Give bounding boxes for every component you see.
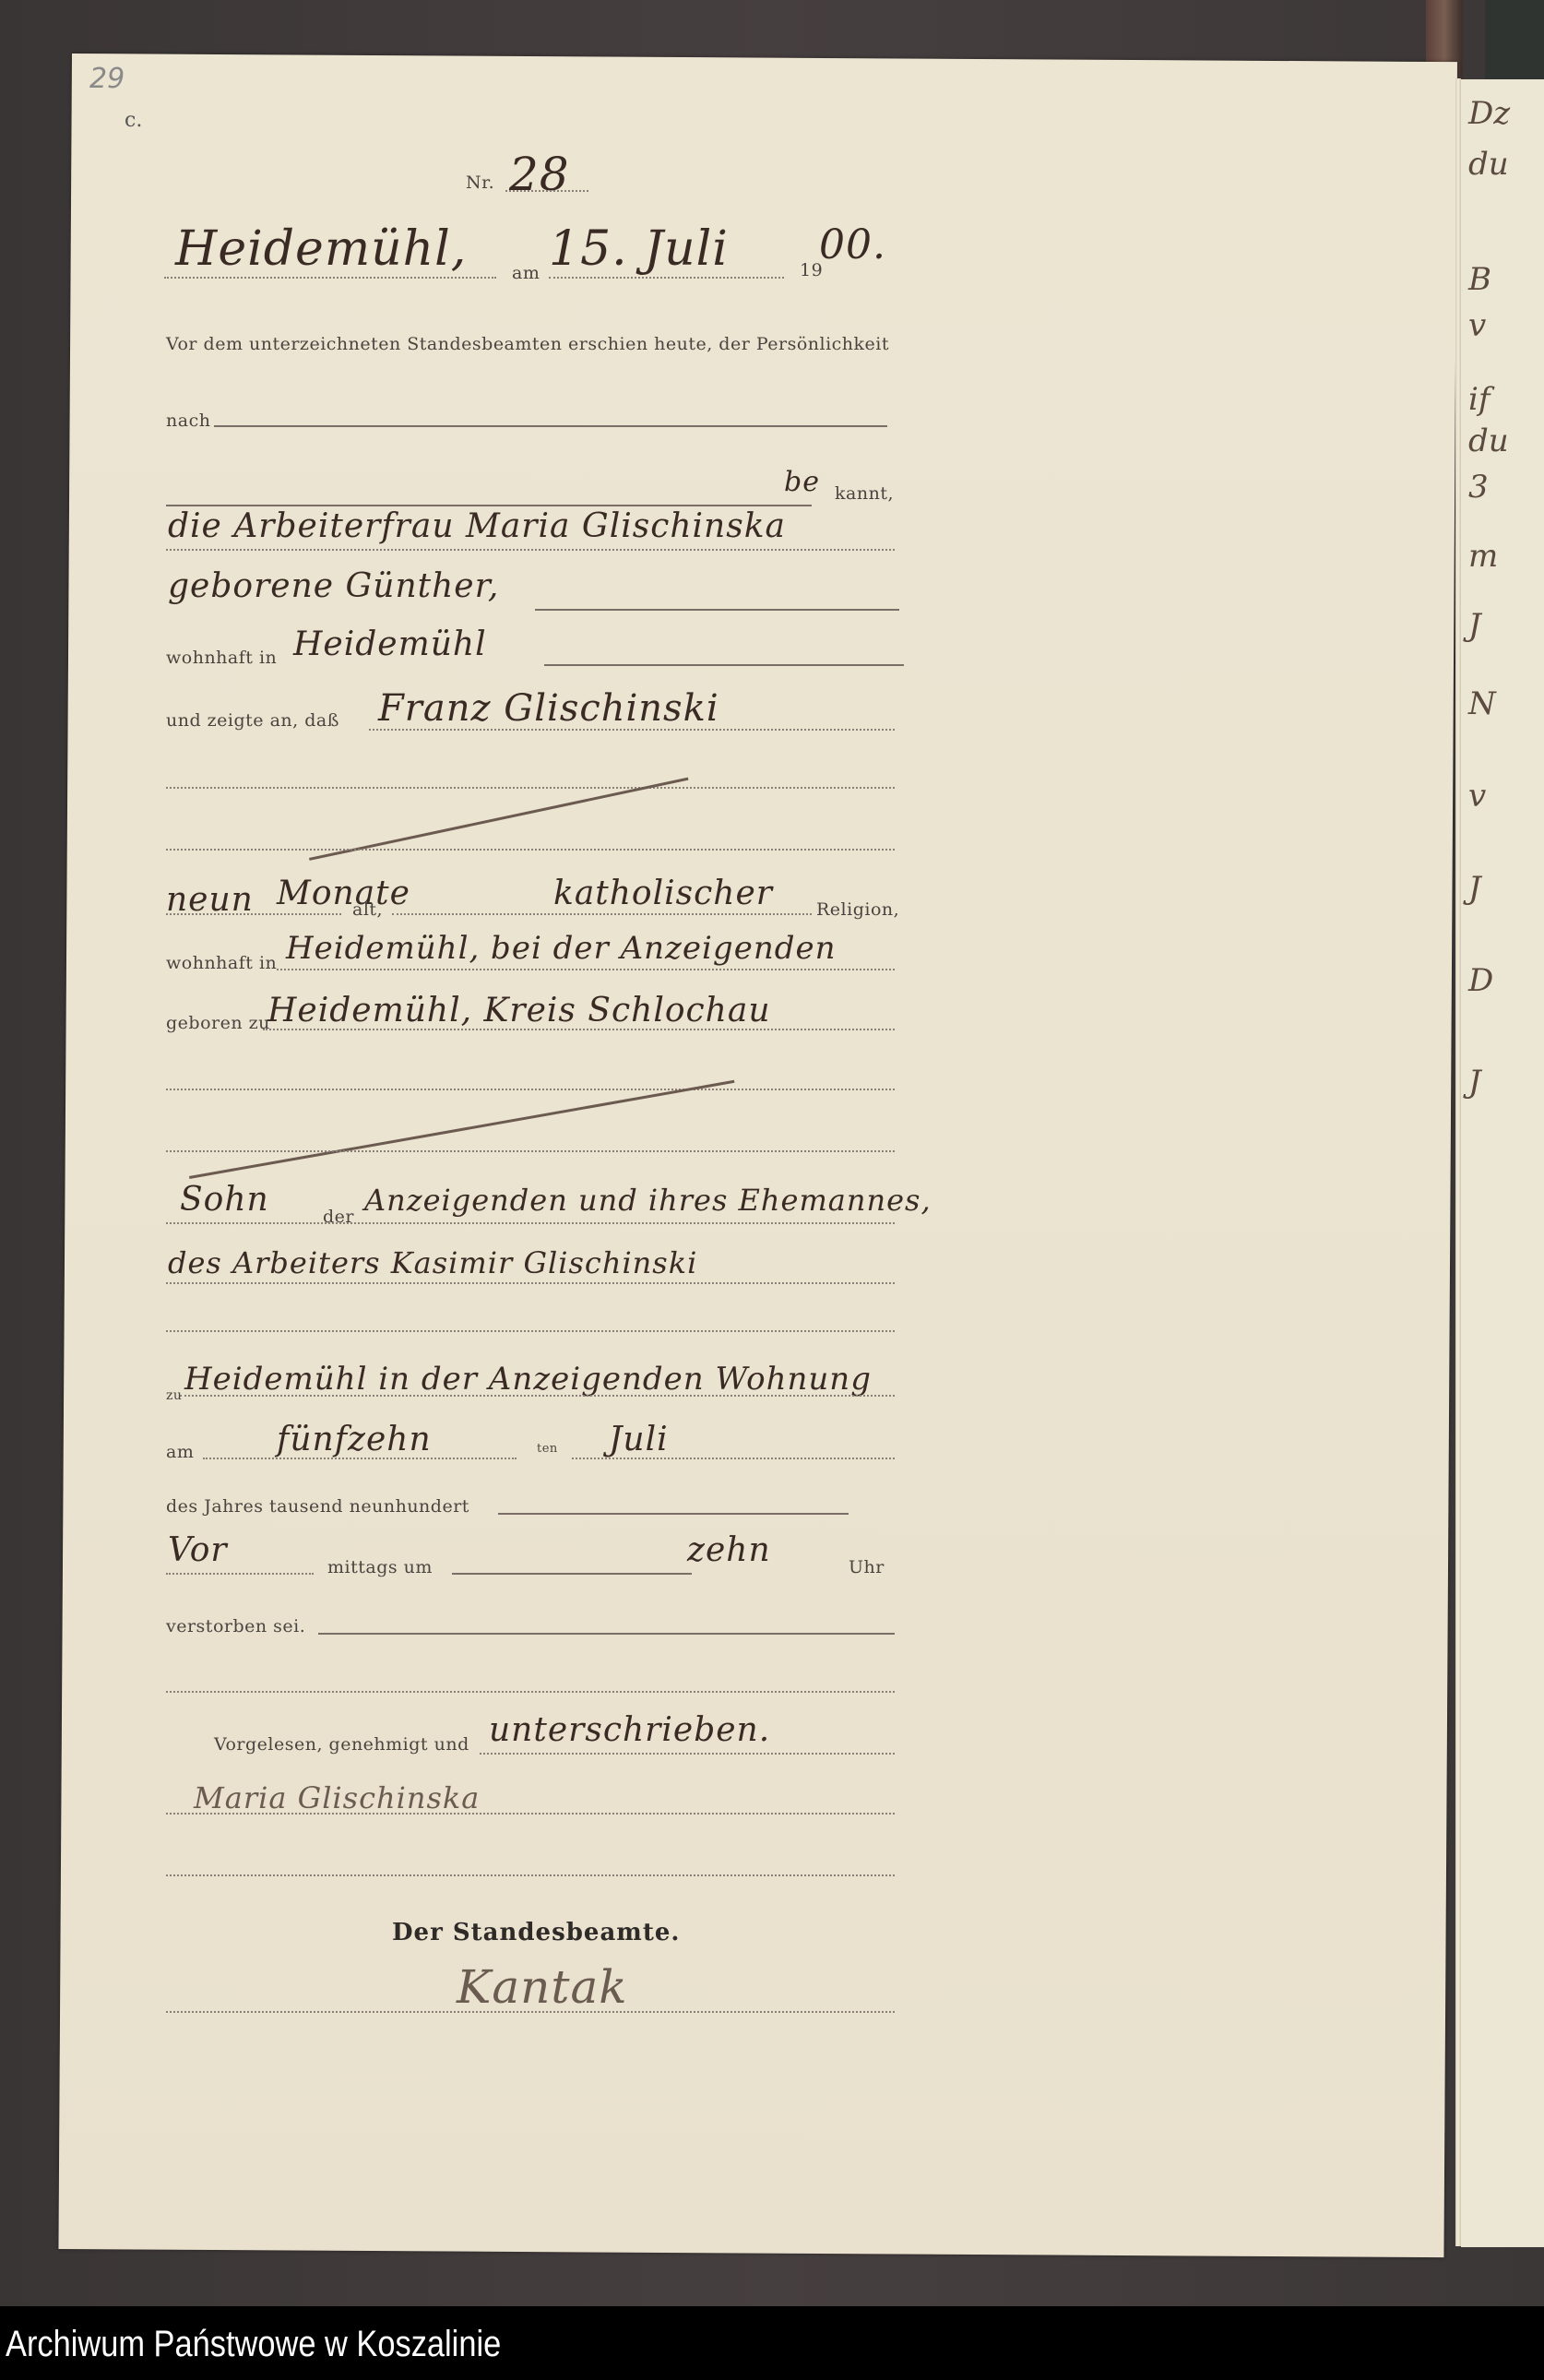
religion-value: katholischer [553,875,773,912]
date-line [549,277,784,279]
blank-line-7 [166,1874,895,1876]
adjacent-fragment: N [1468,688,1496,720]
blank-line-2 [166,849,895,851]
official-signature-line [166,2011,895,2013]
adjacent-fragment: v [1468,780,1486,812]
death-month: Juli [609,1421,669,1458]
religion-label: Religion, [816,899,899,920]
book-binding-right [1485,0,1544,81]
death-record-page [58,54,1457,2257]
uhr-label: Uhr [849,1557,885,1577]
deceased-residence: Heidemühl, bei der Anzeigenden [286,930,837,967]
death-hour: zehn [687,1531,771,1569]
mittags-um-label: mittags um [327,1557,433,1577]
ten-label: ten [537,1442,558,1456]
record-number: 28 [509,148,570,201]
hour-line [452,1573,692,1575]
informant-signature-line [166,1813,895,1815]
adjacent-fragment: J [1468,610,1481,641]
wohnhaft-label-2: wohnhaft in [166,953,277,973]
adjacent-fragment: Dz [1468,98,1510,129]
parents-line-1-rule [166,1222,895,1224]
place-line [164,277,496,279]
informant-name: die Arbeiterfrau Maria Glischinska [168,507,786,545]
blank-line-6 [166,1691,895,1693]
death-day-line [203,1458,517,1459]
page-number-annotation: 29 [89,63,125,95]
adjacent-fragment: du [1468,425,1509,457]
informant-line-2 [535,609,899,611]
adjacent-page: Dz du B v if du 3 m J N v J D J [1461,79,1544,2247]
age-unit: Monate [277,875,410,912]
adjacent-fragment: if [1468,384,1490,415]
nach-label: nach [166,411,210,431]
page-letter-annotation: c. [125,109,142,132]
parents-line-2-rule [166,1282,895,1284]
adjacent-fragment: J [1468,873,1481,904]
religion-line [392,913,812,915]
blank-line-4 [166,1150,895,1152]
adjacent-fragment: v [1468,310,1486,341]
relation-word: Sohn [180,1181,269,1219]
blank-line-5 [166,1330,895,1332]
official-signature: Kantak [457,1960,628,2014]
parents-line-2: des Arbeiters Kasimir Glischinski [168,1245,697,1280]
time-of-day-line [166,1573,314,1575]
informant-signature: Maria Glischinska [194,1780,480,1815]
blank-line-3 [166,1089,895,1090]
adjacent-fragment: 3 [1468,471,1489,503]
adjacent-fragment: du [1468,149,1509,180]
blank-line-1 [166,787,895,789]
residence-line [544,664,904,666]
page-crease [1455,78,1461,2246]
und-zeigte-an-label: und zeigte an, daß [166,710,339,731]
year-suffix: 00. [819,221,886,268]
nr-label: Nr. [466,173,494,193]
deceased-line [369,729,895,731]
am-label: am [512,263,540,283]
vorgelesen-label: Vorgelesen, genehmigt und [214,1734,469,1755]
deceased-name: Franz Glischinski [378,687,719,730]
kannt-line [166,505,812,506]
place-of-registration: Heidemühl, [175,221,467,277]
informant-line-1 [166,549,895,551]
standesbeamte-label: Der Standesbeamte. [392,1919,680,1946]
birthplace-line [263,1029,895,1030]
adjacent-fragment: m [1468,541,1498,572]
birthplace: Heidemühl, Kreis Schlochau [267,992,771,1029]
death-month-line [572,1458,895,1459]
signed-line [480,1753,895,1755]
bekannt-prefix: be [784,466,820,498]
signed-word: unterschrieben. [489,1711,770,1749]
informant-residence: Heidemühl [293,625,487,663]
death-day: fünfzehn [277,1421,432,1458]
deceased-residence-line [277,969,895,970]
nr-line [505,190,588,192]
adjacent-fragment: B [1468,264,1491,295]
time-of-day: Vor [168,1531,228,1569]
registration-date: 15. Juli [549,221,729,277]
adjacent-fragment: J [1468,1066,1481,1098]
verstorben-label: verstorben sei. [166,1616,305,1636]
age-line [166,913,341,915]
kannt-label: kannt, [835,483,894,504]
verstorben-line [318,1633,895,1635]
alt-label: alt, [352,899,383,920]
nach-line [214,425,887,427]
adjacent-fragment: D [1468,965,1493,996]
geboren-label: geboren zu [166,1013,270,1033]
death-place-line [180,1395,895,1397]
year-line [498,1513,849,1515]
archive-name: Archiwum Państwowe w Koszalinie [6,2324,501,2365]
parents-line-1: Anzeigenden und ihres Ehemannes, [364,1183,932,1218]
death-place: Heidemühl in der Anzeigenden Wohnung [184,1361,872,1398]
des-jahres-label: des Jahres tausend neunhundert [166,1496,469,1517]
informant-maiden-name: geborene Günther, [168,567,499,605]
intro-text: Vor dem unterzeichneten Standesbeamten e… [166,334,889,354]
wohnhaft-label: wohnhaft in [166,648,277,668]
am-label-2: am [166,1442,194,1462]
